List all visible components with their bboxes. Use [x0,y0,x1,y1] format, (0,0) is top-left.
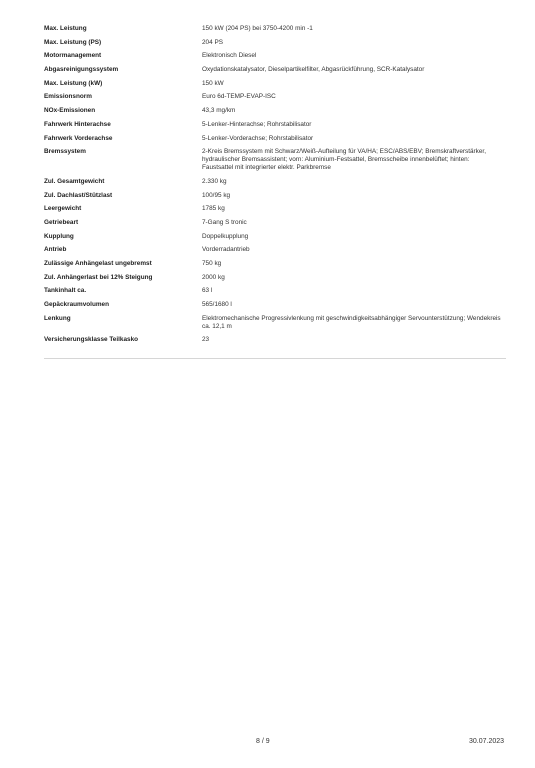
spec-value: Vorderradantrieb [202,246,502,254]
spec-value: 150 kW (204 PS) bei 3750-4200 min -1 [202,25,502,33]
spec-value: 63 l [202,287,502,295]
spec-row: LenkungElektromechanische Progressivlenk… [44,315,506,331]
spec-row: Max. Leistung150 kW (204 PS) bei 3750-42… [44,25,506,33]
spec-value: 750 kg [202,260,502,268]
spec-row: Bremssystem2-Kreis Bremssystem mit Schwa… [44,148,506,172]
spec-label: Max. Leistung (kW) [44,80,202,88]
spec-value: Elektronisch Diesel [202,52,502,60]
spec-label: Kupplung [44,233,202,241]
spec-value: 2000 kg [202,274,502,282]
spec-row: Versicherungsklasse Teilkasko23 [44,336,506,344]
spec-row: NOx-Emissionen43,3 mg/km [44,107,506,115]
spec-row: Tankinhalt ca.63 l [44,287,506,295]
spec-row: Leergewicht1785 kg [44,205,506,213]
spec-row: Max. Leistung (PS)204 PS [44,39,506,47]
spec-value: Oxydationskatalysator, Dieselpartikelfil… [202,66,502,74]
spec-value: 150 kW [202,80,502,88]
spec-label: Antrieb [44,246,202,254]
spec-label: Gepäckraumvolumen [44,301,202,309]
spec-label: Tankinhalt ca. [44,287,202,295]
spec-value: 2-Kreis Bremssystem mit Schwarz/Weiß-Auf… [202,148,502,172]
spec-value: 565/1680 l [202,301,502,309]
page-number: 8 / 9 [256,738,270,745]
spec-label: Fahrwerk Hinterachse [44,121,202,129]
spec-label: Max. Leistung (PS) [44,39,202,47]
spec-row: Fahrwerk Vorderachse5-Lenker-Vorderachse… [44,135,506,143]
spec-label: Zul. Gesamtgewicht [44,178,202,186]
spec-label: Leergewicht [44,205,202,213]
spec-value: Euro 6d-TEMP-EVAP-ISC [202,93,502,101]
spec-label: Abgasreinigungssystem [44,66,202,74]
spec-row: Gepäckraumvolumen565/1680 l [44,301,506,309]
spec-label: Max. Leistung [44,25,202,33]
spec-label: Zul. Anhängerlast bei 12% Steigung [44,274,202,282]
spec-label: Lenkung [44,315,202,331]
spec-row: AbgasreinigungssystemOxydationskatalysat… [44,66,506,74]
spec-label: Fahrwerk Vorderachse [44,135,202,143]
spec-row: KupplungDoppelkupplung [44,233,506,241]
spec-row: Zulässige Anhängelast ungebremst750 kg [44,260,506,268]
spec-row: MotormanagementElektronisch Diesel [44,52,506,60]
spec-label: Zul. Dachlast/Stützlast [44,192,202,200]
spec-row: Getriebeart7-Gang S tronic [44,219,506,227]
spec-value: 23 [202,336,502,344]
spec-value: Doppelkupplung [202,233,502,241]
spec-value: 5-Lenker-Hinterachse; Rohrstabilisator [202,121,502,129]
spec-row: Zul. Dachlast/Stützlast100/95 kg [44,192,506,200]
spec-table: Max. Leistung150 kW (204 PS) bei 3750-42… [44,25,506,350]
spec-row: Zul. Gesamtgewicht2.330 kg [44,178,506,186]
spec-row: EmissionsnormEuro 6d-TEMP-EVAP-ISC [44,93,506,101]
spec-row: Fahrwerk Hinterachse5-Lenker-Hinterachse… [44,121,506,129]
divider [44,358,506,359]
spec-value: 204 PS [202,39,502,47]
spec-row: AntriebVorderradantrieb [44,246,506,254]
spec-label: Motormanagement [44,52,202,60]
spec-value: 1785 kg [202,205,502,213]
spec-row: Zul. Anhängerlast bei 12% Steigung2000 k… [44,274,506,282]
spec-value: 100/95 kg [202,192,502,200]
spec-label: Zulässige Anhängelast ungebremst [44,260,202,268]
spec-label: NOx-Emissionen [44,107,202,115]
spec-row: Max. Leistung (kW)150 kW [44,80,506,88]
spec-value: 5-Lenker-Vorderachse; Rohrstabilisator [202,135,502,143]
spec-label: Versicherungsklasse Teilkasko [44,336,202,344]
spec-value: 7-Gang S tronic [202,219,502,227]
spec-label: Bremssystem [44,148,202,172]
spec-value: 43,3 mg/km [202,107,502,115]
print-date: 30.07.2023 [469,738,504,745]
spec-label: Getriebeart [44,219,202,227]
spec-value: 2.330 kg [202,178,502,186]
spec-label: Emissionsnorm [44,93,202,101]
spec-value: Elektromechanische Progressivlenkung mit… [202,315,502,331]
